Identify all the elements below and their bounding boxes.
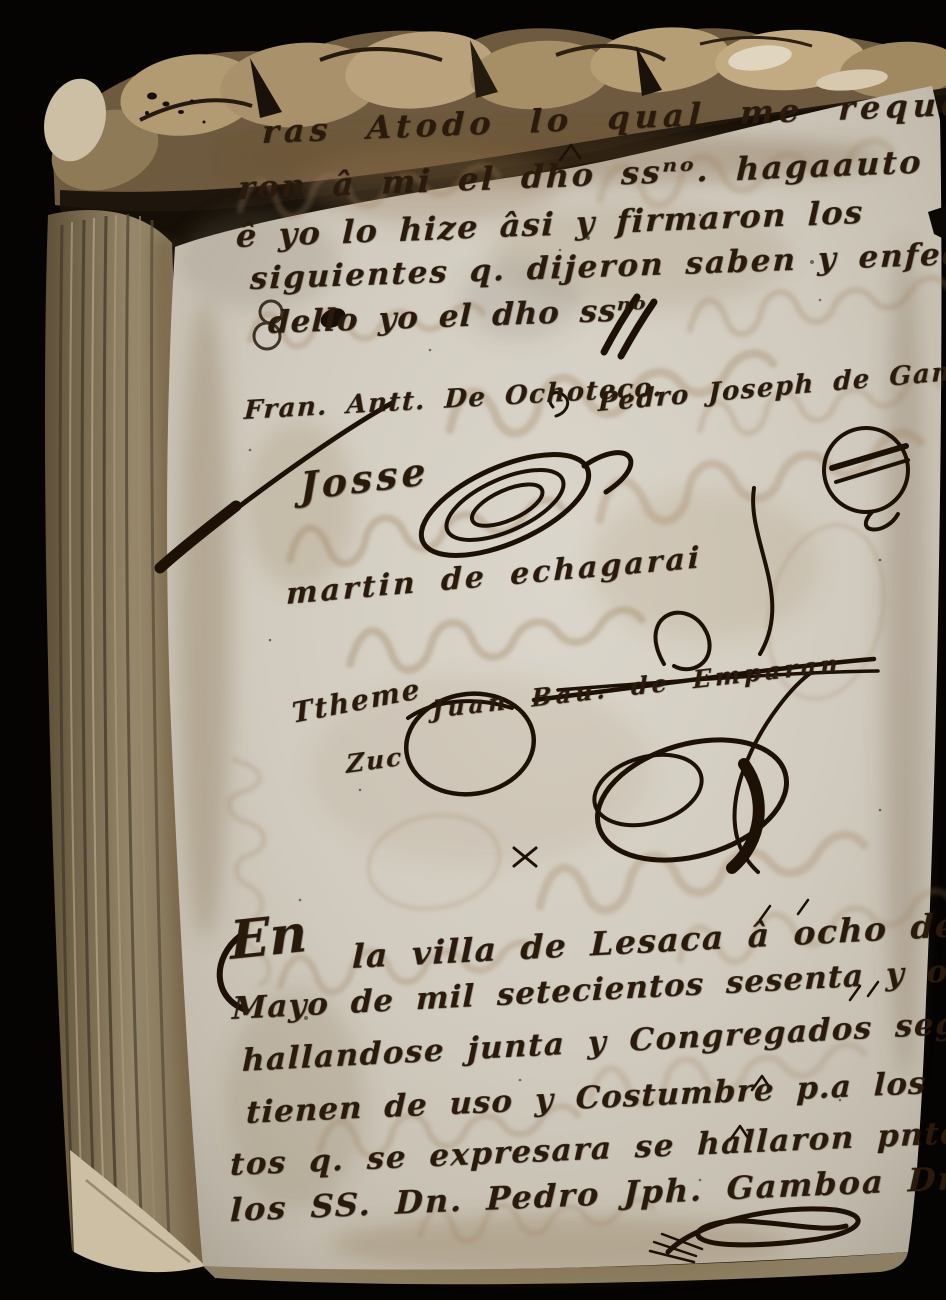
- book-render: [0, 0, 946, 1300]
- manuscript-photo: ras Atodo lo qual me requerie ron â mi e…: [0, 0, 946, 1300]
